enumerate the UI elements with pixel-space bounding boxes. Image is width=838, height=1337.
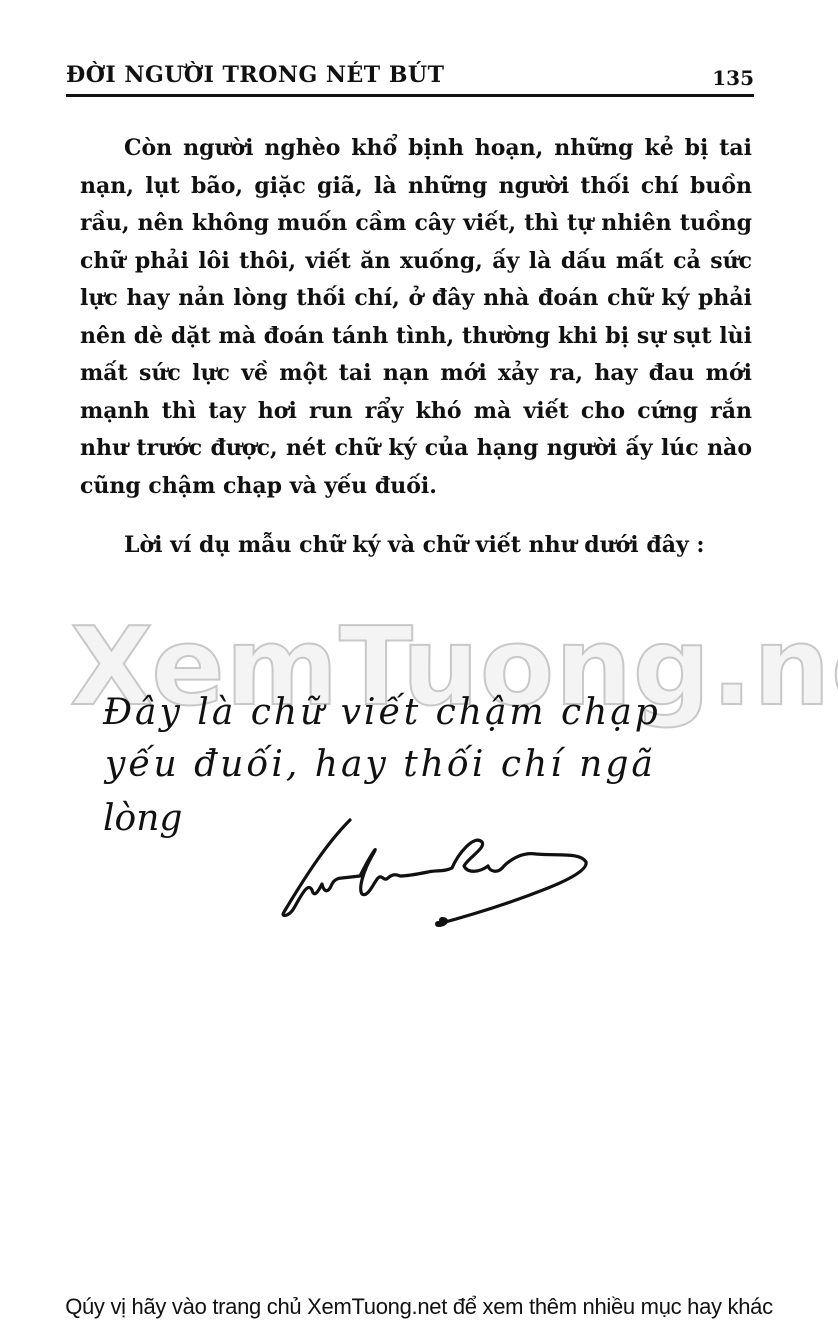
handwriting-line-3: lòng	[103, 798, 182, 839]
book-title: ĐỜI NGƯỜI TRONG NÉT BÚT	[66, 62, 444, 88]
paragraph-1: Còn người nghèo khổ bịnh hoạn, những kẻ …	[80, 130, 752, 505]
page-number: 135	[712, 66, 754, 90]
paragraph-2: Lời ví dụ mẫu chữ ký và chữ viết như dướ…	[80, 527, 752, 565]
body-text: Còn người nghèo khổ bịnh hoạn, những kẻ …	[80, 130, 752, 565]
signature-image	[268, 812, 628, 932]
header-divider	[66, 94, 754, 97]
handwriting-line-1: Đây là chữ viết chậm chạp	[103, 692, 661, 733]
footer-note: Qúy vị hãy vào trang chủ XemTuong.net để…	[0, 1294, 838, 1320]
handwriting-line-2: yếu đuối, hay thối chí ngã	[105, 744, 656, 785]
page-header: ĐỜI NGƯỜI TRONG NÉT BÚT 135	[66, 60, 754, 98]
